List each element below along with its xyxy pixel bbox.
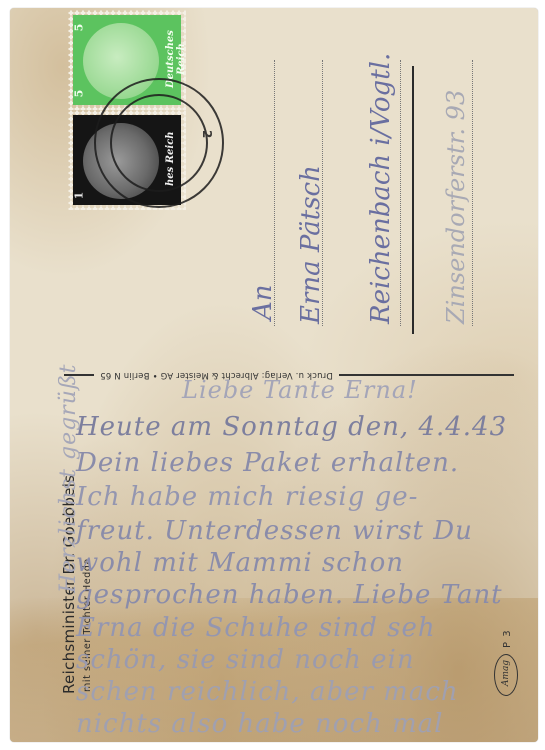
address-name: Erna Pätsch [296,165,326,324]
postmark: 2 [94,78,224,208]
postmark-text: 2 [200,130,214,138]
address-city: Reichenbach i/Vogtl. [366,53,396,324]
message-greeting: Liebe Tante Erna! [182,376,418,404]
message-line: schön, sie sind noch ein [76,645,415,675]
address-line [400,60,401,326]
address-divider [412,66,414,334]
message-line: Erna die Schuhe sind seh [76,613,436,643]
message-line: wohl mit Mammi schon [76,548,404,578]
stamp-denomination: 1 [72,192,85,200]
message-line: Ich habe mich riesig ge- [76,482,418,512]
address-salutation: An [248,284,278,320]
address-street: Zinsendorferstr. 93 [442,90,470,324]
publisher-logo: Amag [494,654,518,696]
message-line: schen reichlich, aber mach [76,677,459,707]
publisher-logo-text: Amag [501,654,511,692]
address-line [472,60,473,326]
stamp-denomination: 5 [72,90,85,98]
message-line: gesprochen haben. Liebe Tant [76,580,503,610]
message-line: freut. Unterdessen wirst Du [76,516,473,546]
message-side-note: Herzlichst gegrüßt [56,364,81,593]
postcard: 5 5 Deutsches Reich 1 hes Reich 2 An Ern… [10,8,538,742]
message-line: nichts also habe noch mal [76,709,443,739]
stamp-denomination: 5 [72,24,85,32]
publisher-code: P 3 [502,629,513,648]
message-line: Heute am Sonntag den, 4.4.43 [76,412,507,442]
message-line: Dein liebes Paket erhalten. [76,448,459,478]
